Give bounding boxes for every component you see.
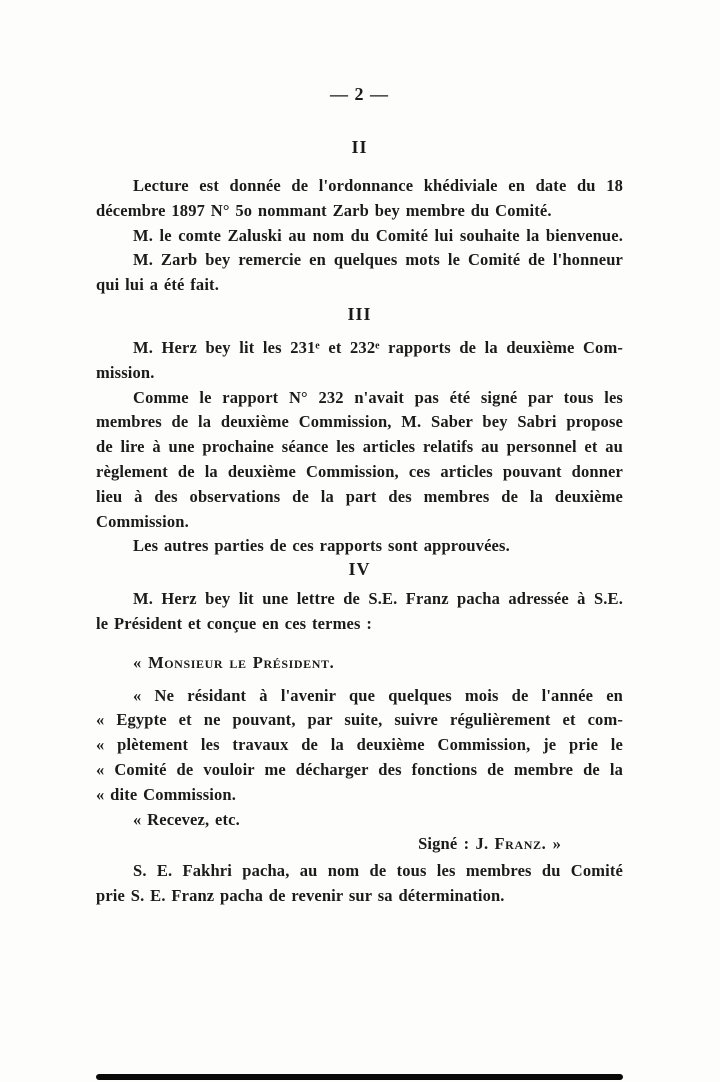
text-line: M. Herz bey lit une lettre de S.E. Franz…	[96, 587, 623, 612]
text-line: M. Herz bey lit les 231ᵉ et 232ᵉ rapport…	[96, 336, 623, 361]
text-line: Commission.	[96, 510, 623, 535]
section-heading-iv: IV	[96, 559, 623, 579]
text-line: « Comité de vouloir me décharger des fon…	[96, 758, 623, 783]
text-line: lieu à des observations de la part des m…	[96, 485, 623, 510]
text-line: « dite Commission.	[96, 783, 623, 808]
page-content: IILecture est donnée de l'ordonnance khé…	[96, 137, 623, 909]
text-column: — 2 — IILecture est donnée de l'ordonnan…	[96, 0, 623, 909]
signature-suffix: »	[546, 834, 561, 853]
text-line: « Ne résidant à l'avenir que quelques mo…	[96, 684, 623, 709]
page-number: — 2 —	[96, 84, 623, 104]
text-line: membres de la deuxième Commission, M. Sa…	[96, 410, 623, 435]
text-line: le Président et conçue en ces termes :	[96, 612, 623, 637]
letter-salutation: « Monsieur le Président.	[96, 651, 623, 676]
scan-artifact-bar	[96, 1074, 623, 1080]
text-line: S. E. Fakhri pacha, au nom de tous les m…	[96, 859, 623, 884]
text-line: « Egypte et ne pouvant, par suite, suivr…	[96, 708, 623, 733]
letter-signature: Signé : J. Franz. »	[96, 832, 623, 857]
text-line: décembre 1897 N° 5o nommant Zarb bey mem…	[96, 199, 623, 224]
text-line: M. le comte Zaluski au nom du Comité lui…	[96, 224, 623, 249]
text-line: Les autres parties de ces rapports sont …	[96, 534, 623, 559]
text-line: « Recevez, etc.	[96, 808, 623, 833]
signature-prefix: Signé : J.	[418, 834, 494, 853]
signature-name: Franz.	[495, 834, 547, 853]
text-line: « plètement les travaux de la deuxième C…	[96, 733, 623, 758]
text-line: de lire à une prochaine séance les artic…	[96, 435, 623, 460]
text-line: règlement de la deuxième Commission, ces…	[96, 460, 623, 485]
text-line: mission.	[96, 361, 623, 386]
text-line: Comme le rapport N° 232 n'avait pas été …	[96, 386, 623, 411]
document-page: — 2 — IILecture est donnée de l'ordonnan…	[0, 0, 720, 1082]
text-line: prie S. E. Franz pacha de revenir sur sa…	[96, 884, 623, 909]
section-heading-ii: II	[96, 137, 623, 157]
text-line: qui lui a été fait.	[96, 273, 623, 298]
text-line: M. Zarb bey remercie en quelques mots le…	[96, 248, 623, 273]
text-line: Lecture est donnée de l'ordonnance khédi…	[96, 174, 623, 199]
section-heading-iii: III	[96, 304, 623, 324]
